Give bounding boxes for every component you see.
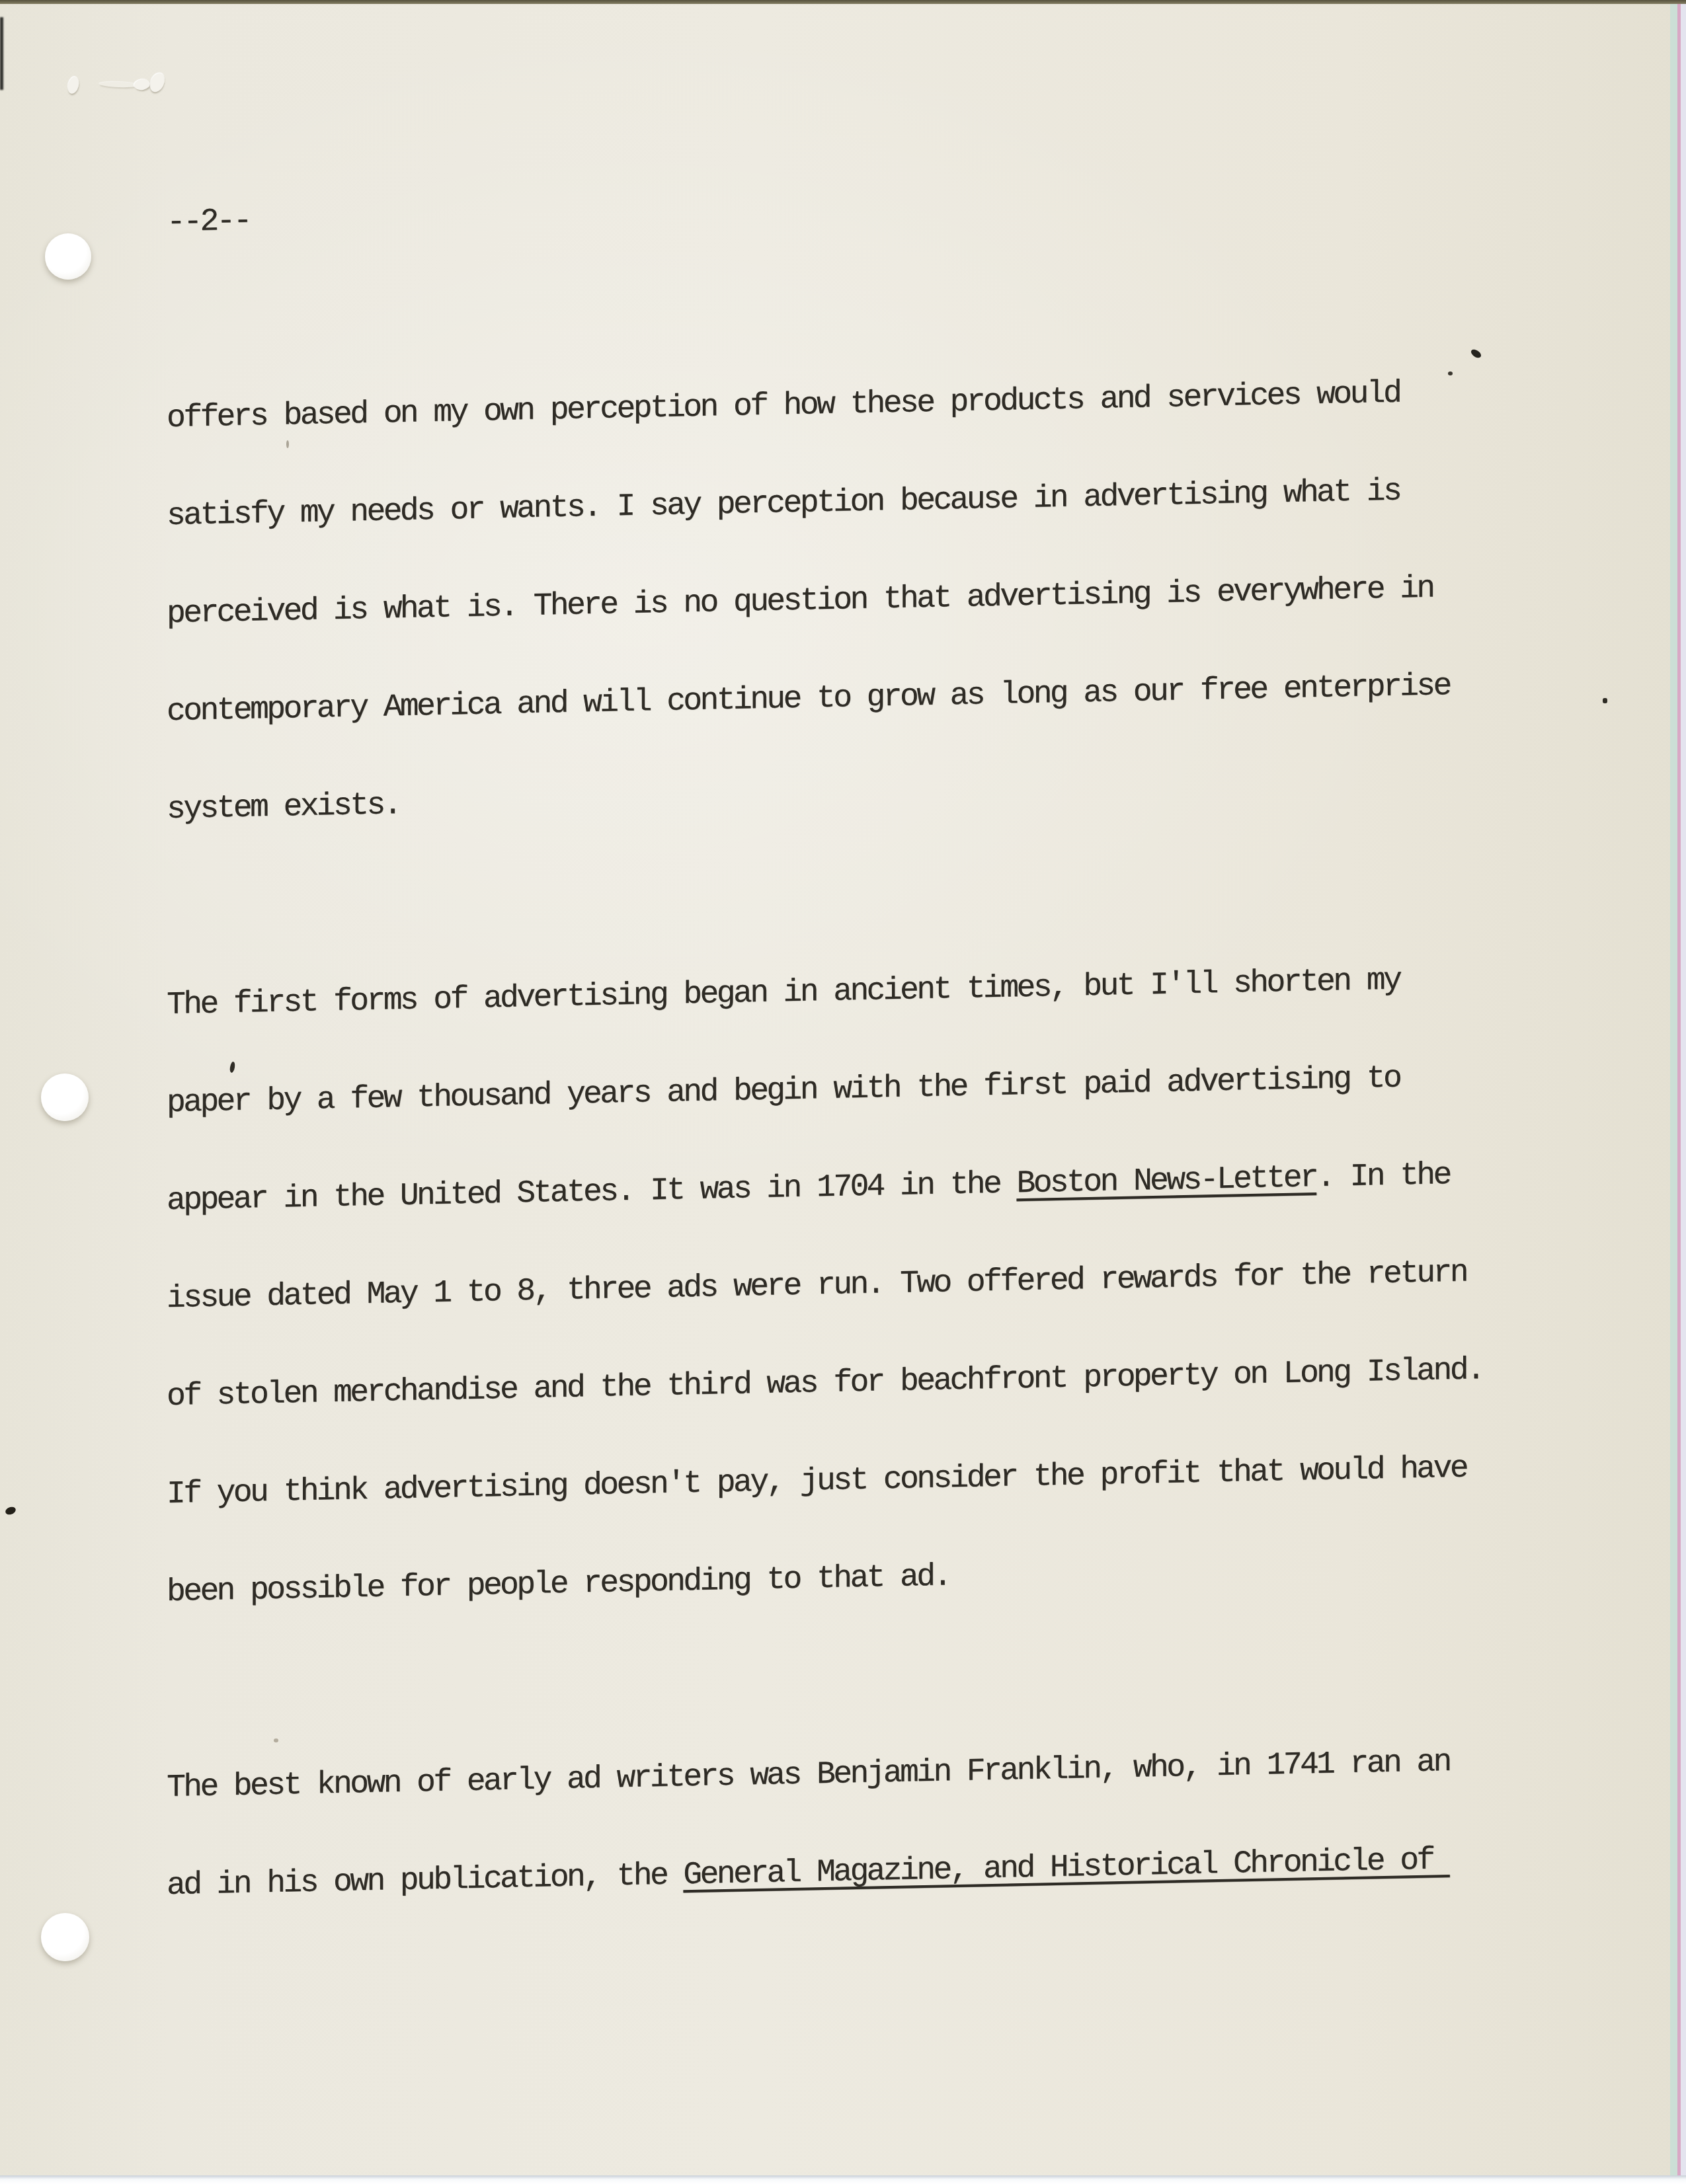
under-sheet-edge-lavender	[1681, 4, 1686, 2175]
text-segment: ad in his own publication, the	[167, 1857, 683, 1904]
text-segment: offers based on my own perception of how…	[167, 376, 1400, 436]
text-segment: The first forms of advertising began in …	[167, 963, 1400, 1023]
underlined-title: Boston News-Letter	[1016, 1160, 1316, 1202]
text-segment: issue dated May 1 to 8, three ads were r…	[167, 1255, 1466, 1317]
staple-mark	[99, 81, 139, 88]
text-segment: of stolen merchandise and the third was …	[167, 1352, 1483, 1415]
paragraph: The best known of early ad writers was B…	[167, 1711, 1555, 1935]
paragraph: offers based on my own perception of how…	[167, 342, 1555, 859]
under-sheet-edge-mint	[1670, 4, 1677, 2175]
paragraph: The first forms of advertising began in …	[167, 929, 1555, 1641]
text-segment: contemporary America and will continue t…	[167, 668, 1450, 730]
document-body: offers based on my own perception of how…	[167, 342, 1555, 1935]
text-segment: appear in the United States. It was in 1…	[167, 1166, 1016, 1219]
text-segment: been possible for people responding to t…	[167, 1559, 950, 1610]
scan-edge-sliver	[0, 17, 3, 90]
punch-hole-middle	[41, 1073, 89, 1121]
punch-hole-top	[45, 233, 91, 280]
typed-text-block: --2-- offers based on my own perception …	[167, 146, 1555, 1935]
staple-mark	[147, 71, 168, 95]
staple-mark	[134, 78, 151, 91]
staple-mark	[66, 75, 81, 95]
scan-edge-bottom	[0, 2175, 1686, 2184]
scanned-page: --2-- offers based on my own perception …	[0, 0, 1686, 2184]
punch-hole-bottom	[41, 1913, 89, 1961]
scan-edge-top	[0, 0, 1686, 4]
text-segment: system exists.	[167, 787, 400, 828]
text-segment: satisfy my needs or wants. I say percept…	[167, 474, 1400, 534]
text-segment: The best known of early ad writers was B…	[167, 1744, 1450, 1806]
text-segment: . In the	[1316, 1157, 1450, 1196]
ink-speck	[5, 1506, 17, 1516]
ink-speck	[1603, 698, 1607, 703]
text-segment: perceived is what is. There is no questi…	[167, 571, 1433, 632]
text-segment: If you think advertising doesn't pay, ju…	[167, 1451, 1466, 1512]
text-segment: paper by a few thousand years and begin …	[167, 1061, 1400, 1121]
page-number: --2--	[167, 146, 1555, 272]
underlined-title: General Magazine, and Historical Chronic…	[683, 1842, 1449, 1893]
